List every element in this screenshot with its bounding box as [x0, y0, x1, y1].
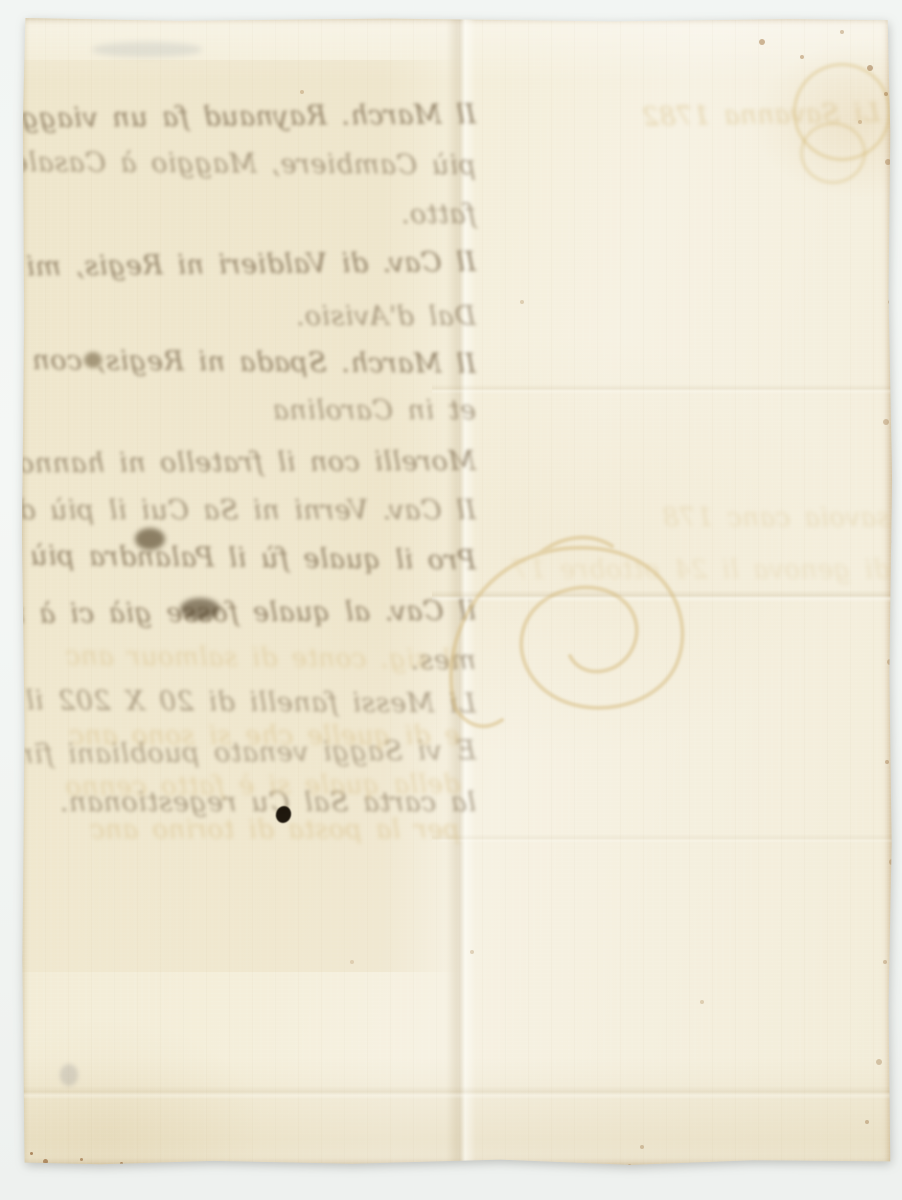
manuscript-page: Il March. Raynaud fa un viaggio al più C…: [22, 18, 892, 1166]
bleed-line: Il March. Spada ni Regis, con Sai: [52, 342, 478, 388]
bleed-line: et in Carolina: [52, 392, 638, 434]
ghost-ring-small: [800, 122, 866, 184]
bleed-line: Pro il quale fù il Palandra più: [52, 538, 478, 584]
bleed-line: più Cambiere, Maggio à Casale: [52, 144, 562, 190]
horizontal-crease-bottom: [22, 1086, 892, 1099]
ink-blot-smudge: [180, 598, 220, 620]
bleed-line: Il March. Raynaud fa un viaggio al: [52, 96, 484, 142]
ink-blot-smudge: [84, 352, 102, 368]
paper-shadow-wrap: Il March. Raynaud fa un viaggio al più C…: [0, 0, 902, 1200]
bleed-line: fatto.: [52, 196, 488, 238]
bleed-line: Il Cav. di Valdieri ni Regis, mi Cors: [52, 244, 478, 290]
horizontal-crease-lower: [432, 834, 892, 843]
scan-photo: { "scan": { "note": "verso of an aged ha…: [0, 0, 902, 1200]
ghost-line: il sig. conte di salmour anc: [32, 638, 460, 682]
gray-smudge-top: [92, 42, 202, 57]
ghost-line: della quale si è fatto cenno: [32, 767, 460, 810]
bleed-line: il Cav. al quale fosse già ci à il: [52, 593, 478, 638]
ghost-line: per la posta di torino anc: [32, 812, 460, 852]
ink-blot-smudge: [135, 528, 165, 550]
spiral-flourish: [422, 518, 712, 748]
foxing-specks: [22, 18, 26, 22]
gray-smudge-bottom: [60, 1064, 78, 1086]
bleed-line: Dal d'Avisio.: [52, 298, 558, 340]
bottom-edge-speckles: [22, 18, 25, 21]
bleed-line: Il Cav. Verni ni Sa Cui il più di: [52, 492, 476, 534]
ghost-line: e di quelle che si sono anc: [32, 718, 460, 758]
bleed-line: Morelli con il fratello ni hanno Savi: [52, 443, 476, 487]
